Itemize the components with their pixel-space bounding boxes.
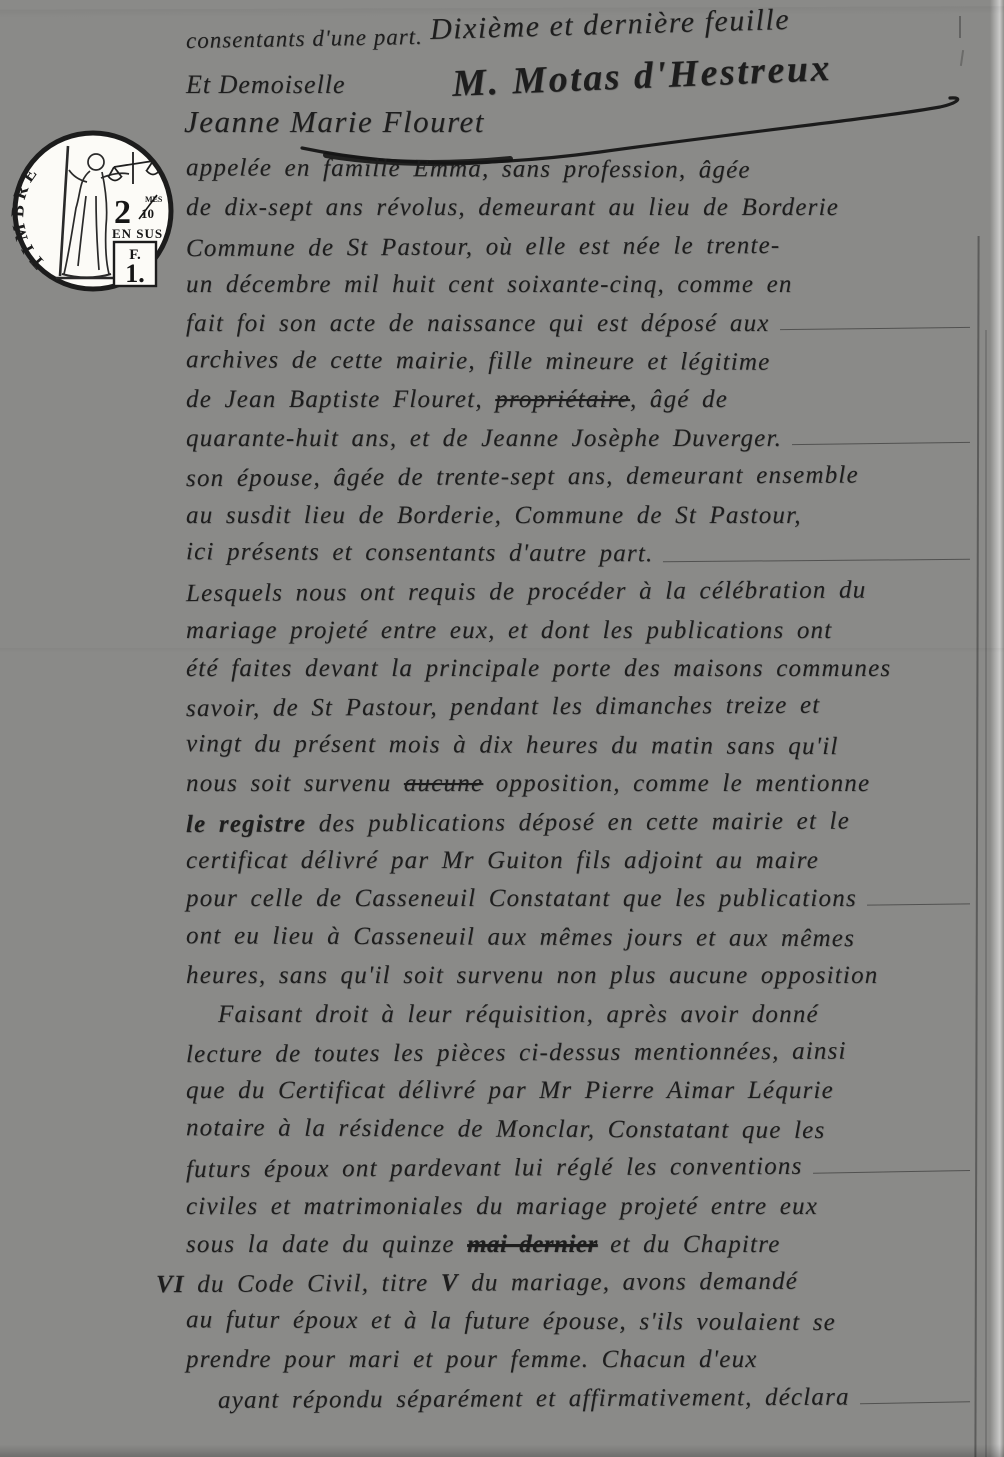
line-text: certificat délivré par Mr Guiton fils ad… <box>186 842 819 880</box>
line-text: un décembre mil huit cent soixante-cinq,… <box>186 266 793 304</box>
line-text: heures, sans qu'il soit survenu non plus… <box>186 957 878 995</box>
manuscript-line: prendre pour mari et pour femme. Chacun … <box>186 1341 982 1379</box>
manuscript-line: au futur époux et à la future épouse, s'… <box>186 1301 982 1343</box>
manuscript-line: lecture de toutes les pièces ci-dessus m… <box>186 1032 982 1075</box>
line-text: du mariage, avons demandé <box>459 1263 799 1303</box>
line-text: des publications déposé en cette mairie … <box>306 802 850 843</box>
manuscript-line: été faites devant la principale porte de… <box>186 650 982 688</box>
line-text: futurs époux ont pardevant lui réglé les… <box>186 1148 803 1190</box>
line-text: Commune de St Pastour, où elle est née l… <box>186 227 781 269</box>
manuscript-line: fait foi son acte de naissance qui est d… <box>186 305 982 343</box>
line-text: au futur époux et à la future épouse, s'… <box>186 1301 836 1342</box>
line-text: vingt du présent mois à dix heures du ma… <box>186 725 839 766</box>
manuscript-line: futurs époux ont pardevant lui réglé les… <box>186 1147 982 1190</box>
overwritten-words: mai dernier <box>467 1226 598 1264</box>
paper-right-edge <box>990 0 1004 1457</box>
line-text: lecture de toutes les pièces ci-dessus m… <box>186 1033 847 1075</box>
line-text: Faisant droit à leur réquisition, après … <box>218 996 819 1034</box>
page-binding-line-2 <box>985 330 987 1457</box>
manuscript-line: vingt du présent mois à dix heures du ma… <box>186 725 982 767</box>
manuscript-line: certificat délivré par Mr Guiton fils ad… <box>186 842 982 880</box>
manuscript-line: ayant répondu séparément et affirmativem… <box>186 1377 982 1420</box>
manuscript-line: le registre des publications déposé en c… <box>186 802 982 845</box>
manuscript-line: heures, sans qu'il soit survenu non plus… <box>186 957 982 995</box>
line-text: civiles et matrimoniales du mariage proj… <box>186 1188 818 1226</box>
manuscript-line: pour celle de Casseneuil Constatant que … <box>186 880 982 918</box>
manuscript-line: appelée en famille Emma, sans profession… <box>186 149 982 191</box>
struck-word: aucune <box>404 765 483 803</box>
manuscript-line: son épouse, âgée de trente-sept ans, dem… <box>186 456 982 499</box>
manuscript-line: Lesquels nous ont requis de procéder à l… <box>186 571 982 614</box>
franc-value: 1. <box>125 259 145 288</box>
revenue-stamp-timbre: TIMBRE 2 MES <box>8 126 178 296</box>
line-text: , âgé de <box>630 381 728 419</box>
line-text: savoir, de St Pastour, pendant les diman… <box>186 687 821 729</box>
scan-bottom-shadow <box>0 1444 1004 1457</box>
line-text: son épouse, âgée de trente-sept ans, dem… <box>186 457 859 499</box>
chapter-numeral: VI <box>156 1266 185 1305</box>
edge-mark <box>959 16 961 38</box>
manuscript-line: notaire à la résidence de Monclar, Const… <box>186 1109 982 1151</box>
line-text: au susdit lieu de Borderie, Commune de S… <box>186 497 802 535</box>
line-text: sous la date du quinze <box>186 1226 467 1264</box>
duty-surtax: EN SUS <box>112 226 163 241</box>
line-text: mariage projeté entre eux, et dont les p… <box>186 612 832 650</box>
struck-word: propriétaire <box>495 381 630 419</box>
line-text: et du Chapitre <box>598 1226 781 1264</box>
stamp-duty-panel: 2 MES 10 EN SUS <box>112 188 163 241</box>
line-text: fait foi son acte de naissance qui est d… <box>186 305 770 343</box>
manuscript-line: civiles et matrimoniales du mariage proj… <box>186 1188 982 1226</box>
line-text: prendre pour mari et pour femme. Chacun … <box>186 1341 758 1379</box>
line-text: de Jean Baptiste Flouret, <box>186 381 495 419</box>
duty-fraction-top: MES <box>145 195 163 204</box>
line-text: appelée en famille Emma, sans profession… <box>186 149 751 190</box>
line-text: ici présents et consentants d'autre part… <box>186 533 654 573</box>
manuscript-line: un décembre mil huit cent soixante-cinq,… <box>186 266 982 304</box>
title-numeral: V <box>441 1265 459 1303</box>
line-text: pour celle de Casseneuil Constatant que … <box>186 880 857 918</box>
edge-mark <box>960 50 964 66</box>
header-annotation-consentants: consentants d'une part. <box>186 24 423 54</box>
line-text: été faites devant la principale porte de… <box>186 650 891 688</box>
manuscript-line: savoir, de St Pastour, pendant les diman… <box>186 686 982 729</box>
manuscript-line: de Jean Baptiste Flouret, propriétaire, … <box>186 381 982 419</box>
manuscript-line: mariage projeté entre eux, et dont les p… <box>186 612 982 650</box>
manuscript-line: Commune de St Pastour, où elle est née l… <box>186 226 982 269</box>
manuscript-line: ont eu lieu à Casseneuil aux mêmes jours… <box>186 917 982 959</box>
duty-fraction-bottom: 10 <box>141 206 154 221</box>
emphasized-words: le registre <box>186 805 306 844</box>
manuscript-line: Faisant droit à leur réquisition, après … <box>186 996 982 1034</box>
line-text: ont eu lieu à Casseneuil aux mêmes jours… <box>186 917 855 958</box>
manuscript-line: quarante-huit ans, et de Jeanne Josèphe … <box>186 420 982 458</box>
manuscript-line: archives de cette mairie, fille mineure … <box>186 341 982 383</box>
manuscript-line: sous la date du quinze mai dernier et du… <box>186 1226 982 1264</box>
manuscript-line: ici présents et consentants d'autre part… <box>186 533 982 575</box>
line-text: archives de cette mairie, fille mineure … <box>186 341 771 382</box>
line-text: de dix-sept ans révolus, demeurant au li… <box>186 189 839 227</box>
manuscript-line: de dix-sept ans révolus, demeurant au li… <box>186 189 982 227</box>
paper-crease <box>0 648 1004 653</box>
line-text: que du Certificat délivré par Mr Pierre … <box>186 1072 834 1110</box>
line-text: ayant répondu séparément et affirmativem… <box>218 1378 850 1420</box>
line-text: nous soit survenu <box>186 765 404 803</box>
scanned-marriage-record-page: TIMBRE 2 MES <box>0 0 1004 1457</box>
manuscript-line: nous soit survenu aucune opposition, com… <box>186 765 982 803</box>
manuscript-line: VI du Code Civil, titre V du mariage, av… <box>156 1262 982 1305</box>
line-text: opposition, comme le mentionne <box>483 765 870 803</box>
line-text: quarante-huit ans, et de Jeanne Josèphe … <box>186 420 782 458</box>
manuscript-line: au susdit lieu de Borderie, Commune de S… <box>186 497 982 535</box>
line-text: notaire à la résidence de Monclar, Const… <box>186 1109 826 1150</box>
manuscript-line: que du Certificat délivré par Mr Pierre … <box>186 1072 982 1110</box>
manuscript-body: appelée en famille Emma, sans profession… <box>186 151 982 1418</box>
stamp-franc-panel: F. 1. <box>114 242 156 288</box>
line-text: du Code Civil, titre <box>185 1265 441 1305</box>
line-text: Lesquels nous ont requis de procéder à l… <box>186 572 867 614</box>
